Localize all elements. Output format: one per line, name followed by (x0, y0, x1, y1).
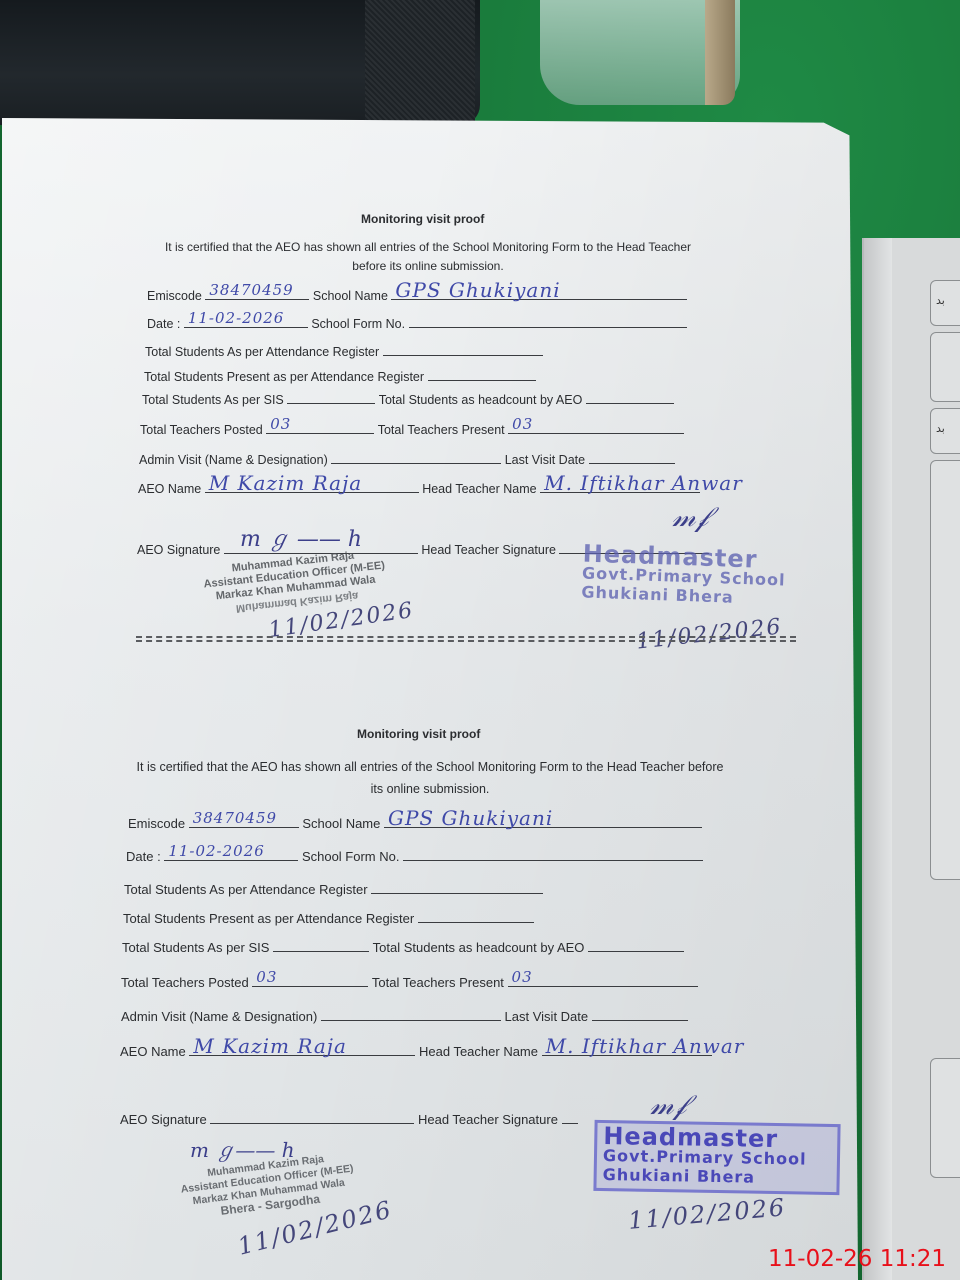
aeo-name-label: AEO Name (120, 1044, 186, 1059)
emiscode-field[interactable]: 38470459 (189, 814, 299, 828)
date-label: Date : (126, 849, 161, 864)
admin-visit-row: Admin Visit (Name & Designation) Last Vi… (121, 1007, 688, 1024)
names-row: AEO Name M Kazim Raja Head Teacher Name … (120, 1042, 712, 1059)
form-title: Monitoring visit proof (357, 727, 480, 741)
school-name-field[interactable]: GPS Ghukiyani (384, 814, 702, 828)
headmaster-stamp-location: Ghukiani Bhera (603, 1165, 831, 1188)
head-teacher-signature-label: Head Teacher Signature (418, 1112, 558, 1127)
head-teacher-name-field[interactable]: M. Iftikhar Anwar (542, 1042, 712, 1056)
aeo-name-value: M Kazim Raja (193, 1034, 347, 1058)
head-teacher-name-label: Head Teacher Name (419, 1044, 538, 1059)
emiscode-label: Emiscode (128, 816, 185, 831)
emiscode-row: Emiscode 38470459 School Name GPS Ghukiy… (128, 814, 702, 831)
students-attendance-label: Total Students As per Attendance Registe… (124, 882, 368, 897)
emiscode-value: 38470459 (193, 809, 277, 827)
signatures-row: AEO Signature Head Teacher Signature (120, 1110, 578, 1127)
school-name-value: GPS Ghukiyani (388, 806, 553, 830)
students-present-row: Total Students Present as per Attendance… (123, 909, 534, 926)
school-name-label: School Name (302, 816, 380, 831)
date-field[interactable]: 11-02-2026 (164, 847, 298, 861)
head-teacher-signature-date: 11/02/2026 (627, 1193, 787, 1235)
headmaster-stamp: Headmaster Govt.Primary School Ghukiani … (593, 1120, 840, 1195)
teachers-row: Total Teachers Posted 03 Total Teachers … (121, 973, 698, 990)
head-teacher-name-value: M. Iftikhar Anwar (546, 1034, 745, 1058)
students-sis-row: Total Students As per SIS Total Students… (122, 938, 684, 955)
students-attendance-field[interactable] (371, 880, 543, 894)
last-visit-date-field[interactable] (592, 1007, 688, 1021)
last-visit-date-label: Last Visit Date (505, 1009, 589, 1024)
students-sis-label: Total Students As per SIS (122, 940, 269, 955)
teachers-posted-label: Total Teachers Posted (121, 975, 249, 990)
teachers-present-value: 03 (512, 968, 533, 986)
camera-timestamp: 11-02-26 11:21 (768, 1246, 946, 1272)
date-row: Date : 11-02-2026 School Form No. (126, 847, 703, 864)
students-attendance-row: Total Students As per Attendance Registe… (124, 880, 543, 897)
teachers-posted-value: 03 (256, 968, 277, 986)
students-headcount-label: Total Students as headcount by AEO (373, 940, 585, 955)
aeo-signature-field[interactable] (210, 1110, 414, 1124)
admin-visit-label: Admin Visit (Name & Designation) (121, 1009, 317, 1024)
aeo-name-field[interactable]: M Kazim Raja (189, 1042, 415, 1056)
certification-text: It is certified that the AEO has shown a… (132, 756, 728, 800)
head-teacher-signature-field[interactable] (562, 1110, 578, 1124)
students-present-label: Total Students Present as per Attendance… (123, 911, 414, 926)
head-teacher-signature-scribble: 𝓂𝒻 (650, 1088, 686, 1122)
students-present-field[interactable] (418, 909, 534, 923)
aeo-signature-label: AEO Signature (120, 1112, 207, 1127)
admin-visit-field[interactable] (321, 1007, 501, 1021)
monitoring-form-2: Monitoring visit proof It is certified t… (0, 0, 960, 1280)
teachers-present-field[interactable]: 03 (508, 973, 698, 987)
teachers-present-label: Total Teachers Present (372, 975, 504, 990)
students-sis-field[interactable] (273, 938, 369, 952)
teachers-posted-field[interactable]: 03 (252, 973, 368, 987)
students-headcount-field[interactable] (588, 938, 684, 952)
school-form-no-field[interactable] (403, 847, 703, 861)
school-form-no-label: School Form No. (302, 849, 400, 864)
date-value: 11-02-2026 (168, 842, 264, 860)
